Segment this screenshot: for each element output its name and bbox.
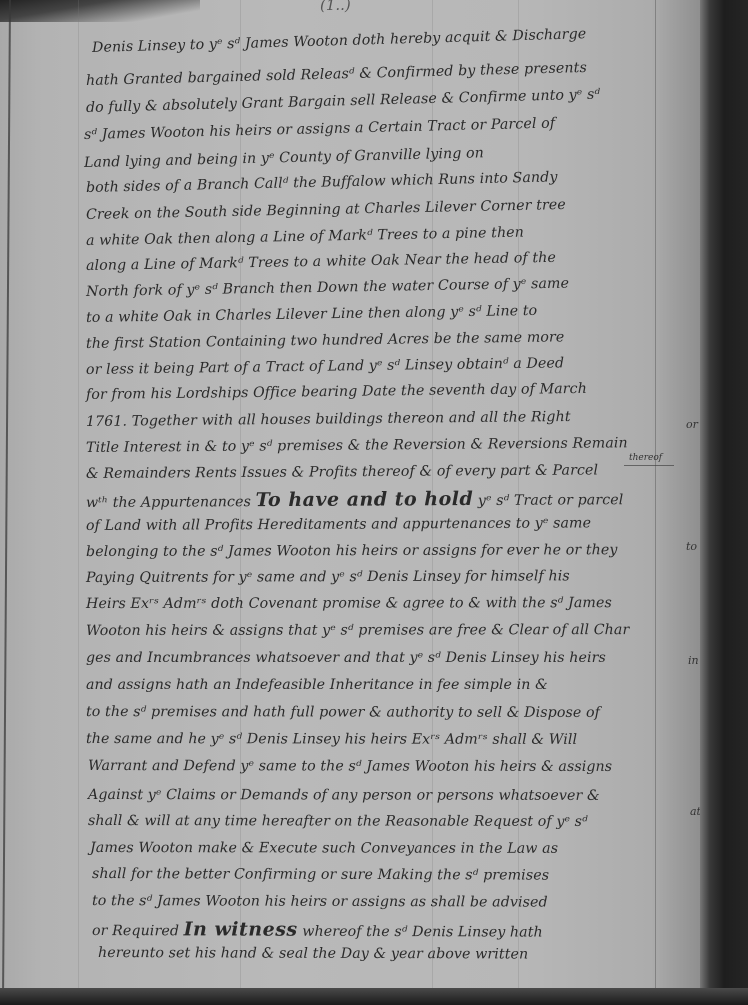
text-line: a white Oak then along a Line of Markᵈ T… xyxy=(86,225,524,249)
habendum-heading: To have and to hold xyxy=(255,488,473,511)
text-line: to the sᵈ premises and hath full power &… xyxy=(86,704,600,721)
text-line: or less it being Part of a Tract of Land… xyxy=(86,355,564,378)
text-line: shall & will at any time hereafter on th… xyxy=(88,813,588,830)
text-line: 1761. Together with all houses buildings… xyxy=(86,409,571,430)
text-line: Denis Linsey to yᵉ sᵈ James Wooton doth … xyxy=(92,26,587,56)
text-segment: or Required xyxy=(92,923,179,939)
text-line: Title Interest in & to yᵉ sᵈ premises & … xyxy=(86,435,628,456)
text-line: for from his Lordships Office bearing Da… xyxy=(86,381,587,403)
text-line: ges and Incumbrances whatsoever and that… xyxy=(86,650,606,666)
text-line: Against yᵉ Claims or Demands of any pers… xyxy=(88,787,600,804)
ledger-page: (1..) Denis Linsey to yᵉ sᵈ James Wooton… xyxy=(0,0,700,990)
text-line: Land lying and being in yᵉ County of Gra… xyxy=(84,145,484,171)
page-corner-shadow xyxy=(0,0,200,22)
text-line: North fork of yᵉ sᵈ Branch then Down the… xyxy=(86,276,569,300)
text-line: wᵗʰ the Appurtenances To have and to hol… xyxy=(86,487,623,512)
margin-note: or xyxy=(686,418,698,431)
text-line: hath Granted bargained sold Releasᵈ & Co… xyxy=(86,60,587,89)
text-line: belonging to the sᵈ James Wooton his hei… xyxy=(86,542,618,560)
text-line: sᵈ James Wooton his heirs or assigns a C… xyxy=(84,115,555,143)
text-line: hereunto set his hand & seal the Day & y… xyxy=(98,945,528,963)
text-line: shall for the better Confirming or sure … xyxy=(92,866,549,884)
text-line: Heirs Exʳˢ Admʳˢ doth Covenant promise &… xyxy=(86,595,612,612)
text-segment: wᵗʰ the Appurtenances xyxy=(86,494,251,511)
testimonium-heading: In witness xyxy=(184,918,298,940)
text-line: and assigns hath an Indefeasible Inherit… xyxy=(86,677,548,693)
text-segment: yᵉ sᵈ Tract or parcel xyxy=(478,492,624,509)
text-line: & Remainders Rents Issues & Profits ther… xyxy=(86,462,598,482)
margin-note: to xyxy=(686,540,697,553)
page-number: (1..) xyxy=(320,0,351,14)
text-line: both sides of a Branch Callᵈ the Buffalo… xyxy=(86,169,558,196)
ruled-right-margin xyxy=(655,0,656,990)
text-line: along a Line of Markᵈ Trees to a white O… xyxy=(86,250,556,274)
text-line: do fully & absolutely Grant Bargain sell… xyxy=(86,87,601,116)
insertion-underline xyxy=(624,465,674,466)
interlinear-insertion: thereof xyxy=(629,453,662,463)
text-line: Warrant and Defend yᵉ same to the sᵈ Jam… xyxy=(88,758,612,775)
margin-fold-line xyxy=(2,0,11,990)
text-line: Paying Quitrents for yᵉ same and yᵉ sᵈ D… xyxy=(86,568,570,586)
text-line: the same and he yᵉ sᵈ Denis Linsey his h… xyxy=(86,731,577,748)
margin-note: in xyxy=(688,654,699,667)
text-line: of Land with all Profits Hereditaments a… xyxy=(86,515,591,534)
text-segment: whereof the sᵈ Denis Linsey hath xyxy=(302,924,543,941)
text-line: or Required In witness whereof the sᵈ De… xyxy=(92,918,543,942)
text-line: the first Station Containing two hundred… xyxy=(86,329,565,352)
book-binding-gutter xyxy=(700,0,748,1005)
text-line: James Wooton make & Execute such Conveya… xyxy=(90,840,558,857)
page-bottom-edge xyxy=(0,988,748,1005)
text-line: to the sᵈ James Wooton his heirs or assi… xyxy=(92,893,548,911)
ruled-margin-line xyxy=(78,0,79,990)
text-line: to a white Oak in Charles Lilever Line t… xyxy=(86,303,537,326)
text-line: Creek on the South side Beginning at Cha… xyxy=(86,197,566,223)
text-line: Wooton his heirs & assigns that yᵉ sᵈ pr… xyxy=(86,622,629,639)
margin-note: at xyxy=(690,805,700,818)
